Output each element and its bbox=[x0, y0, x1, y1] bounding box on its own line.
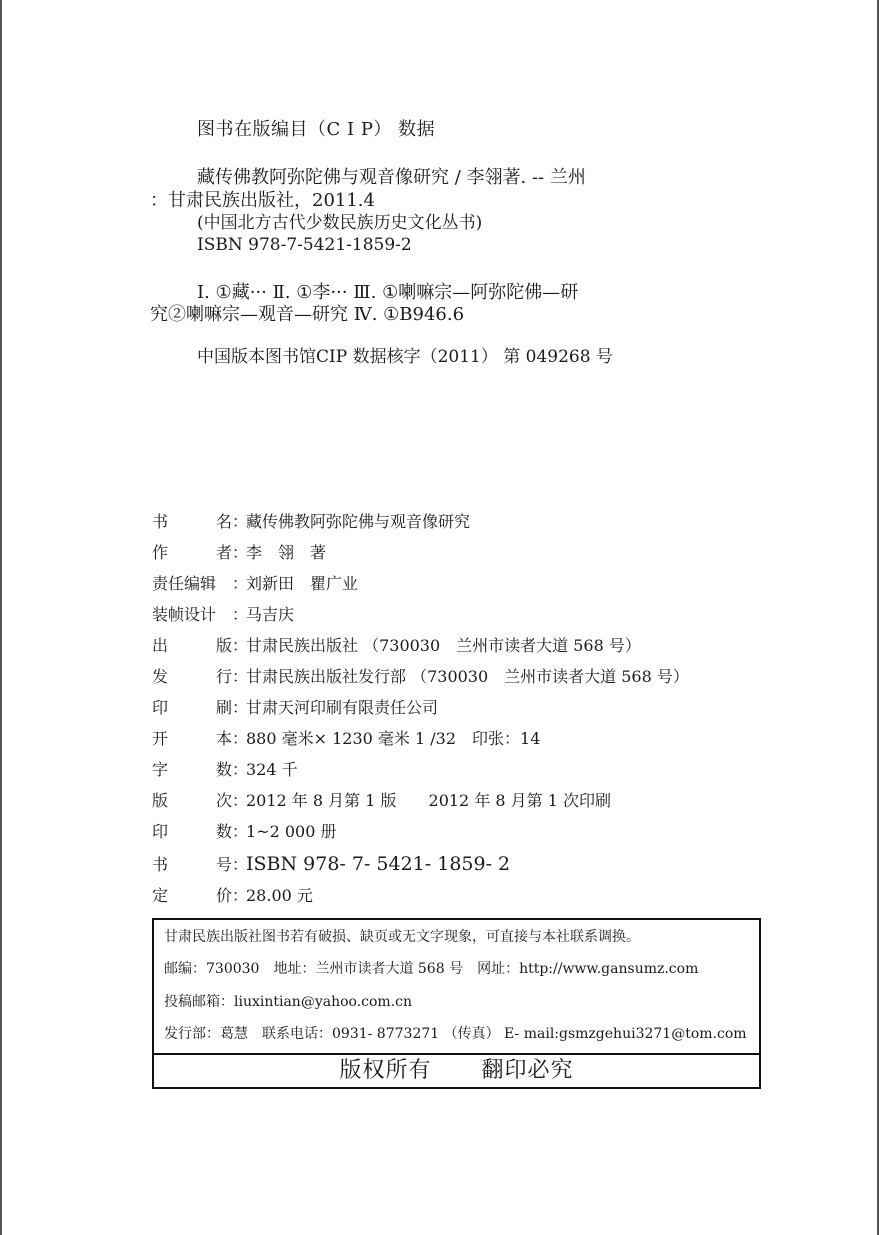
cip-classification-2: 究②喇嘛宗—观音—研究 Ⅳ. ①B946.6 bbox=[150, 303, 464, 327]
info-value-distributor: 甘肃民族出版社发行部 （730030 兰州市读者大道 568 号） bbox=[246, 665, 689, 689]
cip-book-entry: 藏传佛教阿弥陀佛与观音像研究 / 李翎著. -- 兰州 bbox=[197, 166, 586, 190]
info-label: 责任编辑 bbox=[152, 572, 232, 596]
info-row-printer: 印刷：甘肃天河印刷有限责任公司 bbox=[152, 696, 438, 720]
info-label: 字数 bbox=[152, 758, 232, 782]
notice-address: 邮编：730030 地址：兰州市读者大道 568 号 网址：http://www… bbox=[164, 959, 698, 979]
info-label: 印数 bbox=[152, 820, 232, 844]
info-value-editor: 刘新田 瞿广业 bbox=[246, 572, 358, 596]
info-label: 定价 bbox=[152, 884, 232, 908]
info-row-publisher: 出版：甘肃民族出版社 （730030 兰州市读者大道 568 号） bbox=[152, 634, 641, 658]
info-row-distributor: 发行：甘肃民族出版社发行部 （730030 兰州市读者大道 568 号） bbox=[152, 665, 689, 689]
info-label: 书号 bbox=[152, 853, 232, 877]
notice-box: 甘肃民族出版社图书若有破损、缺页或无文字现象，可直接与本社联系调换。 邮编：73… bbox=[152, 918, 761, 1089]
cip-series-entry: (中国北方古代少数民族历史文化丛书) bbox=[197, 211, 482, 235]
info-value-designer: 马吉庆 bbox=[246, 603, 294, 627]
notice-distribution-contact: 发行部：葛慧 联系电话：0931- 8773271 （传真） E- mail:g… bbox=[164, 1024, 747, 1044]
info-row-editor: 责任编辑：刘新田 瞿广业 bbox=[152, 572, 358, 596]
info-row-wordcount: 字数：324 千 bbox=[152, 758, 298, 782]
cip-title: 图书在版编目（C I P） 数据 bbox=[197, 118, 435, 142]
info-row-edition: 版次：2012 年 8 月第 1 版 2012 年 8 月第 1 次印刷 bbox=[152, 789, 611, 813]
info-row-isbn: 书号：ISBN 978- 7- 5421- 1859- 2 bbox=[152, 852, 510, 876]
info-label: 版次 bbox=[152, 789, 232, 813]
info-label: 开本 bbox=[152, 727, 232, 751]
info-value-edition: 2012 年 8 月第 1 版 2012 年 8 月第 1 次印刷 bbox=[246, 789, 611, 813]
info-value-title: 藏传佛教阿弥陀佛与观音像研究 bbox=[246, 510, 470, 534]
info-value-author: 李 翎 著 bbox=[246, 541, 326, 565]
info-value-print-run: 1~2 000 册 bbox=[246, 820, 336, 844]
cip-isbn: ISBN 978-7-5421-1859-2 bbox=[197, 233, 412, 257]
info-row-designer: 装帧设计：马吉庆 bbox=[152, 603, 294, 627]
info-label: 印刷 bbox=[152, 696, 232, 720]
info-label: 作者 bbox=[152, 541, 232, 565]
info-label: 发行 bbox=[152, 665, 232, 689]
notice-replacement: 甘肃民族出版社图书若有破损、缺页或无文字现象，可直接与本社联系调换。 bbox=[164, 927, 640, 947]
info-value-printer: 甘肃天河印刷有限责任公司 bbox=[246, 696, 438, 720]
info-row-title: 书名：藏传佛教阿弥陀佛与观音像研究 bbox=[152, 510, 470, 534]
info-label: 出版 bbox=[152, 634, 232, 658]
page-border-left bbox=[0, 0, 2, 1235]
info-value-wordcount: 324 千 bbox=[246, 758, 298, 782]
piracy-warning-text: 翻印必究 bbox=[482, 1058, 574, 1083]
info-row-format: 开本：880 毫米× 1230 毫米 1 /32 印张：14 bbox=[152, 727, 540, 751]
copyright-text: 版权所有 bbox=[339, 1058, 431, 1083]
notice-submission-email: 投稿邮箱：liuxintian@yahoo.com.cn bbox=[164, 992, 412, 1012]
cip-classification-1: Ⅰ. ①藏··· Ⅱ. ①李··· Ⅲ. ①喇嘛宗—阿弥陀佛—研 bbox=[197, 281, 578, 305]
info-label: 书名 bbox=[152, 510, 232, 534]
info-label: 装帧设计 bbox=[152, 603, 232, 627]
cip-publisher-entry: ：甘肃民族出版社，2011.4 bbox=[150, 189, 375, 213]
info-row-price: 定价：28.00 元 bbox=[152, 884, 313, 908]
info-value-isbn: ISBN 978- 7- 5421- 1859- 2 bbox=[246, 852, 510, 876]
info-row-print-run: 印数：1~2 000 册 bbox=[152, 820, 336, 844]
copyright-notice: 版权所有翻印必究 bbox=[154, 1056, 759, 1086]
notice-divider bbox=[154, 1053, 759, 1055]
info-row-author: 作者：李 翎 著 bbox=[152, 541, 326, 565]
cip-verification-number: 中国版本图书馆CIP 数据核字（2011） 第 049268 号 bbox=[197, 345, 613, 369]
info-value-price: 28.00 元 bbox=[246, 884, 313, 908]
info-value-format: 880 毫米× 1230 毫米 1 /32 印张：14 bbox=[246, 727, 540, 751]
info-value-publisher: 甘肃民族出版社 （730030 兰州市读者大道 568 号） bbox=[246, 634, 641, 658]
